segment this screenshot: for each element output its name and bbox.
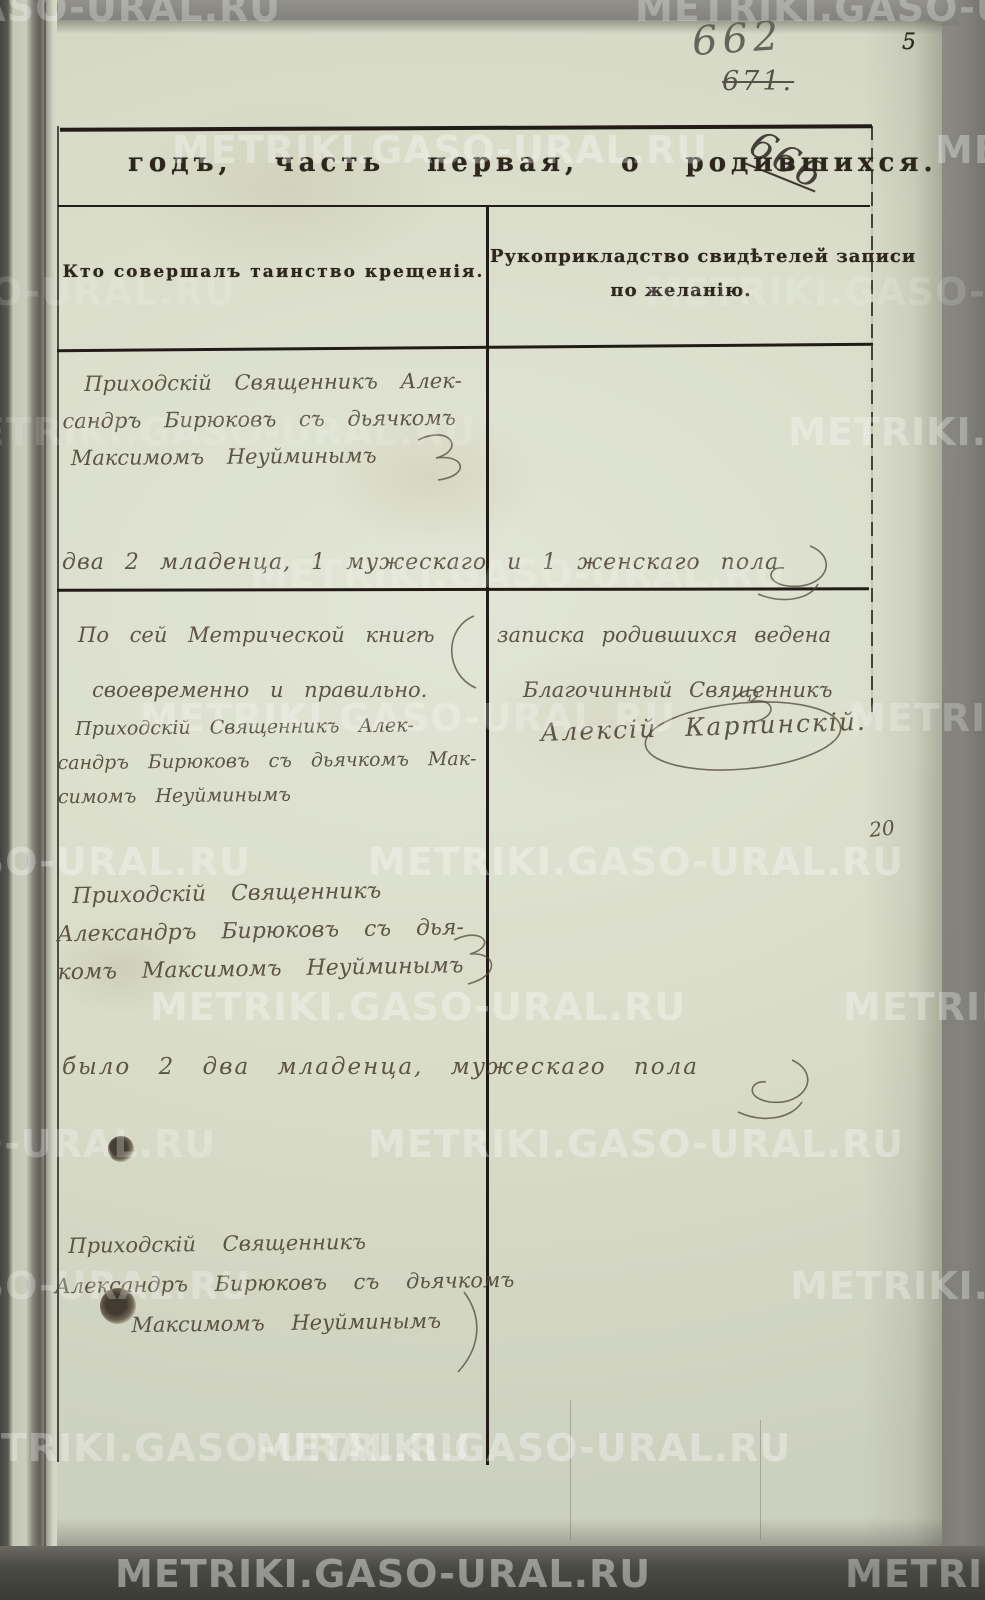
hole-punch — [108, 1136, 134, 1162]
paper-crease — [570, 1400, 571, 1540]
flourish — [442, 612, 482, 692]
entry-baptism-performer-3: Приходскій Священникъ Александръ Бирюков… — [72, 871, 465, 992]
summary-two-infants: два 2 младенца, 1 мужескаго и 1 женскаго… — [62, 550, 779, 575]
entry-baptism-performer-4: Приходскій Священникъ Александръ Бирюков… — [68, 1220, 515, 1346]
column-header-witnesses-line1: Рукоприкладство свидѣтелей записи — [490, 246, 872, 267]
crossed-out-number: 671. — [722, 66, 794, 97]
handwritten-line: Приходскій Священникъ Алек- — [84, 363, 462, 403]
book-binding-edge — [0, 0, 57, 1600]
table-border-right — [871, 126, 873, 716]
archive-page-number: 662 — [691, 13, 785, 65]
handwritten-line: сандръ Бирюковъ съ дьячкомъ Мак- — [57, 742, 476, 780]
summary-two-male-infants: было 2 два младенца, мужескаго пола — [62, 1054, 699, 1080]
binding-crease — [44, 0, 46, 1600]
column-header-witnesses-line2: по желанію. — [490, 280, 872, 301]
handwritten-line: симомъ Неуйминымъ — [58, 776, 477, 814]
page-title: годъ, часть первая, о родившихся. — [128, 148, 938, 178]
printed-page-number: 5 — [902, 30, 916, 55]
entry-baptism-performer-1: Приходскій Священникъ Алек- сандръ Бирюк… — [84, 363, 463, 477]
hole-punch — [100, 1288, 136, 1324]
flourish — [730, 1052, 810, 1122]
paper-crease — [760, 1420, 761, 1540]
handwritten-line: сандръ Бирюковъ съ дьячкомъ — [62, 400, 462, 440]
flourish — [452, 1288, 482, 1378]
flourish — [408, 432, 468, 482]
flourish — [752, 538, 822, 598]
handwritten-line: комъ Максимомъ Неуйминымъ — [57, 947, 465, 992]
attestation-left: По сей Метрической книгѣ своевременно и … — [78, 608, 435, 718]
handwritten-line: Приходскій Священникъ Алек- — [75, 708, 476, 746]
handwritten-line: По сей Метрической книгѣ — [78, 608, 435, 663]
table-header-rule — [58, 205, 870, 207]
scanned-document-page: 662 5 671. 666 20 годъ, часть первая, о … — [0, 0, 985, 1600]
column-header-baptism: Кто совершалъ таинство крещенія. — [60, 262, 487, 282]
signature-flourish — [638, 696, 848, 776]
handwritten-line: Приходскій Священникъ — [68, 1220, 514, 1266]
scan-right-shadow — [938, 0, 985, 1600]
margin-note: 20 — [868, 815, 896, 842]
handwritten-line: записка родившихся ведена — [497, 608, 833, 663]
flourish — [446, 930, 501, 990]
scan-bottom-edge — [0, 1546, 985, 1600]
handwritten-line: Максимомъ Неуйминымъ — [71, 437, 463, 477]
entry-baptism-performer-2: Приходскій Священникъ Алек- сандръ Бирюк… — [75, 708, 477, 814]
